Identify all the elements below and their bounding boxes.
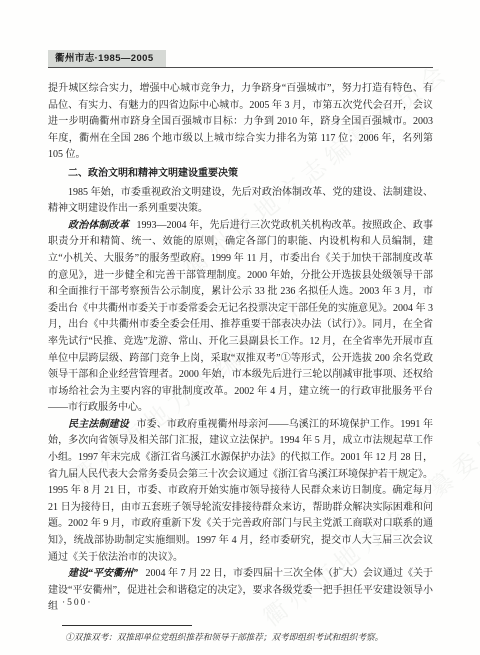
- paragraph-political-reform: 政治体制改革1993—2004 年，先后进行三次党政机关机构改革。按照政企、政事…: [48, 218, 433, 417]
- paragraph-overview: 1985 年始，市委重视政治文明建设，先后对政治体制改革、党的建设、法制建设、精…: [48, 185, 433, 218]
- paragraph-lead: 建设“平安衢州”: [68, 568, 138, 579]
- paragraph-safe-quzhou: 建设“平安衢州”2004 年 7 月 22 日，市委四届十三次全体（扩大）会议通…: [48, 566, 433, 616]
- paragraph-lead: 民主法制建设: [68, 419, 129, 430]
- continued-paragraph: 提升城区综合实力，增强中心城市竞争力，力争跻身“百强城市”，努力打造有特色、有品…: [48, 81, 433, 164]
- paragraph-text: 市委、市政府重视衢州母亲河——乌溪江的环境保护工作。1991 年始，多次向省领导…: [48, 419, 433, 563]
- section-heading: 二、政治文明和精神文明建设重要决策: [48, 166, 433, 183]
- book-page: 衢州市地方志编纂委员会 衢州市地方志编纂委员会 衢州市地方志编纂委员会 衢州市志…: [0, 0, 480, 655]
- paragraph-lead: 政治体制改革: [68, 220, 129, 231]
- page-number: ·500·: [62, 598, 93, 608]
- page-content: 衢州市志·1985—2005 提升城区综合实力，增强中心城市竞争力，力争跻身“百…: [48, 50, 433, 644]
- footnote-text: ①双推双考：双推即单位党组织推荐和领导干部推荐；双考即组织考试和组织考察。: [48, 631, 433, 644]
- paragraph-text: 1993—2004 年，先后进行三次党政机关机构改革。按照政企、政事职责分开和精…: [48, 220, 433, 414]
- paragraph-democracy-law: 民主法制建设市委、市政府重视衢州母亲河——乌溪江的环境保护工作。1991 年始，…: [48, 417, 433, 566]
- footnote-block: ①双推双考：双推即单位党组织推荐和领导干部推荐；双考即组织考试和组织考察。: [48, 625, 433, 644]
- running-head: 衢州市志·1985—2005: [48, 50, 433, 68]
- book-title: 衢州市志·1985—2005: [48, 50, 166, 67]
- footnote-rule: [62, 625, 192, 626]
- body-text: 提升城区综合实力，增强中心城市竞争力，力争跻身“百强城市”，努力打造有特色、有品…: [48, 81, 433, 616]
